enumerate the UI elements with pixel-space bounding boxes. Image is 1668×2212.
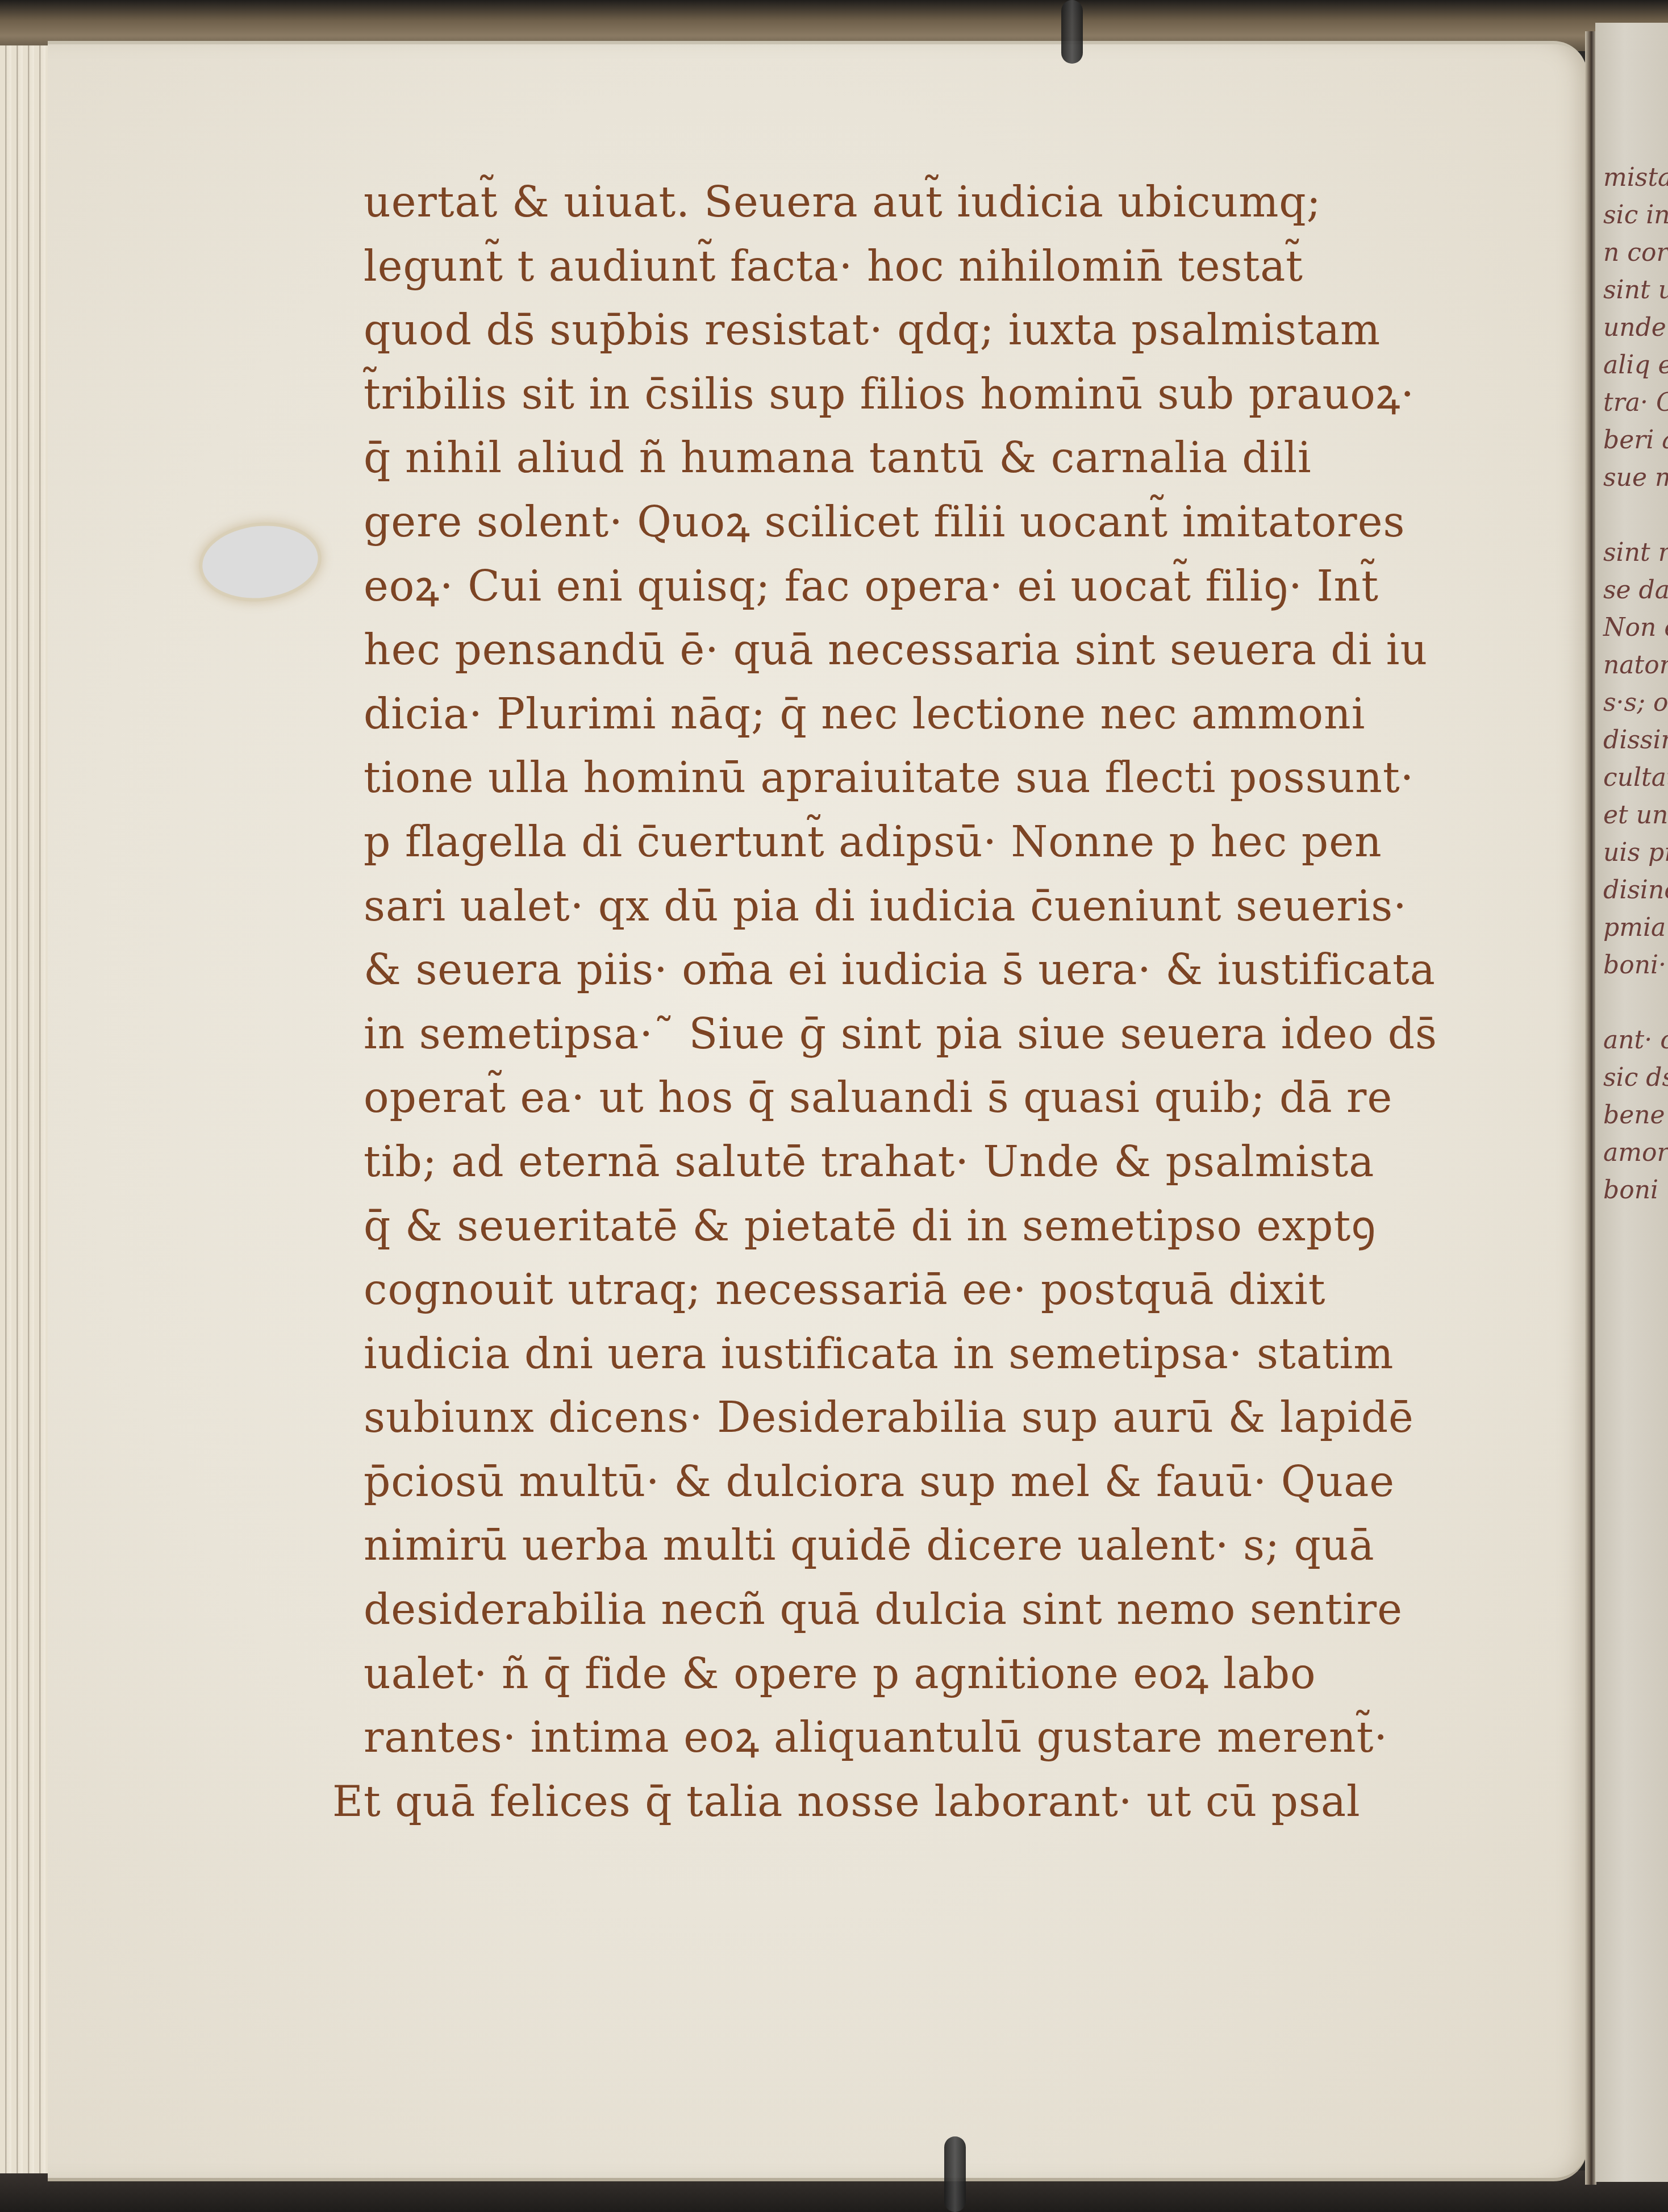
- facing-text-line: boni negl: [1603, 1172, 1668, 1209]
- text-line: ualet· ñ q̄ fide & opere p agnitione eoꝝ…: [364, 1642, 1574, 1706]
- facing-text-line: uis pmia: [1603, 834, 1668, 872]
- facing-text-line: [1603, 984, 1668, 1022]
- facing-text-line: pmia illi: [1603, 909, 1668, 947]
- text-line: eoꝝ· Cui eni quisq; fac opera· ei uocat̃…: [364, 555, 1574, 619]
- facing-text-line: cultatē: [1603, 759, 1668, 797]
- text-line: operat̃ ea· ut hos q̄ saluandi s̄ quasi …: [364, 1066, 1574, 1130]
- facing-text-line: tra· Om: [1603, 384, 1668, 422]
- facing-text-line: aliq ei u: [1603, 347, 1668, 384]
- book-gutter: [1585, 31, 1596, 2185]
- text-line: quod ds̄ sup̄bis resistat· qdq; iuxta ps…: [364, 298, 1574, 363]
- text-line-initial: Et quā felices q̄ talia nosse laborant· …: [332, 1770, 1574, 1834]
- facing-text-line: boni· Har: [1603, 947, 1668, 984]
- facing-text-line: dissimili: [1603, 722, 1668, 759]
- text-line: nimirū uerba multi quidē dicere ualent· …: [364, 1514, 1574, 1578]
- facing-text-line: Non eni c: [1603, 609, 1668, 647]
- facing-text-line: sic ds statu: [1603, 1059, 1668, 1097]
- text-line: in semetipsa·˜ Siue ḡ sint pia siue seue…: [364, 1002, 1574, 1067]
- facing-text-line: mista g: [1603, 159, 1668, 197]
- text-line: uertat̃ & uiuat. Seuera aut̃ iudicia ubi…: [364, 170, 1574, 235]
- page-holder-clip-bottom: [944, 2136, 966, 2212]
- facing-text-line: beri arb: [1603, 422, 1668, 459]
- text-line: & seuera piis· om̄a ei iudicia s̄ uera· …: [364, 938, 1574, 1002]
- facing-text-line: [1603, 497, 1668, 534]
- manuscript-text-block: uertat̃ & uiuat. Seuera aut̃ iudicia ubi…: [364, 170, 1574, 1834]
- facing-text-line: amore di: [1603, 1134, 1668, 1172]
- facing-text-line: s·s; omn: [1603, 684, 1668, 722]
- text-line: dicia· Plurimi nāq; q̄ nec lectione nec …: [364, 682, 1574, 747]
- facing-text-line: disinct pb: [1603, 872, 1668, 909]
- facing-text-line: unde ha: [1603, 309, 1668, 347]
- facing-page-edge: mista g sic in om n corde sint uel unde …: [1595, 23, 1668, 2182]
- facing-text-line: sint uel: [1603, 272, 1668, 309]
- facing-text-line: n corde: [1603, 234, 1668, 272]
- text-line: rantes· intima eoꝝ aliquantulū gustare m…: [364, 1706, 1574, 1770]
- parchment-hole: [199, 520, 322, 604]
- facing-text-line: ant· catus: [1603, 1022, 1668, 1059]
- text-line: hec pensandū ē· quā necessaria sint seue…: [364, 618, 1574, 682]
- text-line: tione ulla hominū apraiuitate sua flecti…: [364, 746, 1574, 810]
- page-holder-clip-top: [1061, 0, 1083, 64]
- text-line: sari ualet· qx dū pia di iudicia c̄ueniu…: [364, 874, 1574, 939]
- text-line: q̄ & seueritatē & pietatē di in semetips…: [364, 1194, 1574, 1259]
- text-line: q̄ nihil aliud ñ humana tantū & carnalia…: [364, 426, 1574, 490]
- facing-text-line: sic in om: [1603, 197, 1668, 234]
- text-line: desiderabilia necñ quā dulcia sint nemo …: [364, 1578, 1574, 1642]
- facing-text-line: et unde: [1603, 797, 1668, 834]
- facing-text-line: se data: [1603, 572, 1668, 609]
- text-line: cognouit utraq; necessariā ee· postquā d…: [364, 1258, 1574, 1322]
- text-line: gere solent· Quoꝝ scilicet filii uocant̃…: [364, 490, 1574, 555]
- facing-text-line: nator cr: [1603, 647, 1668, 684]
- text-line: iudicia dni uera iustificata in semetips…: [364, 1322, 1574, 1386]
- text-line: p̄ciosū multū· & dulciora sup mel & fauū…: [364, 1450, 1574, 1514]
- text-line: p flagella di c̄uertunt̃ adipsū· Nonne p…: [364, 810, 1574, 874]
- text-line: legunt̃ t audiunt̃ facta· hoc nihilomin̄…: [364, 235, 1574, 299]
- facing-text-line: sint nob: [1603, 534, 1668, 572]
- text-line: t̃ribilis sit in c̄silis sup filios homi…: [364, 363, 1574, 427]
- text-line: subiunx dicens· Desiderabilia sup aurū &…: [364, 1386, 1574, 1450]
- text-line: tib; ad eternā salutē trahat· Unde & psa…: [364, 1130, 1574, 1194]
- facing-text-line: bene ei ma: [1603, 1097, 1668, 1134]
- facing-text-line: sue mal: [1603, 459, 1668, 497]
